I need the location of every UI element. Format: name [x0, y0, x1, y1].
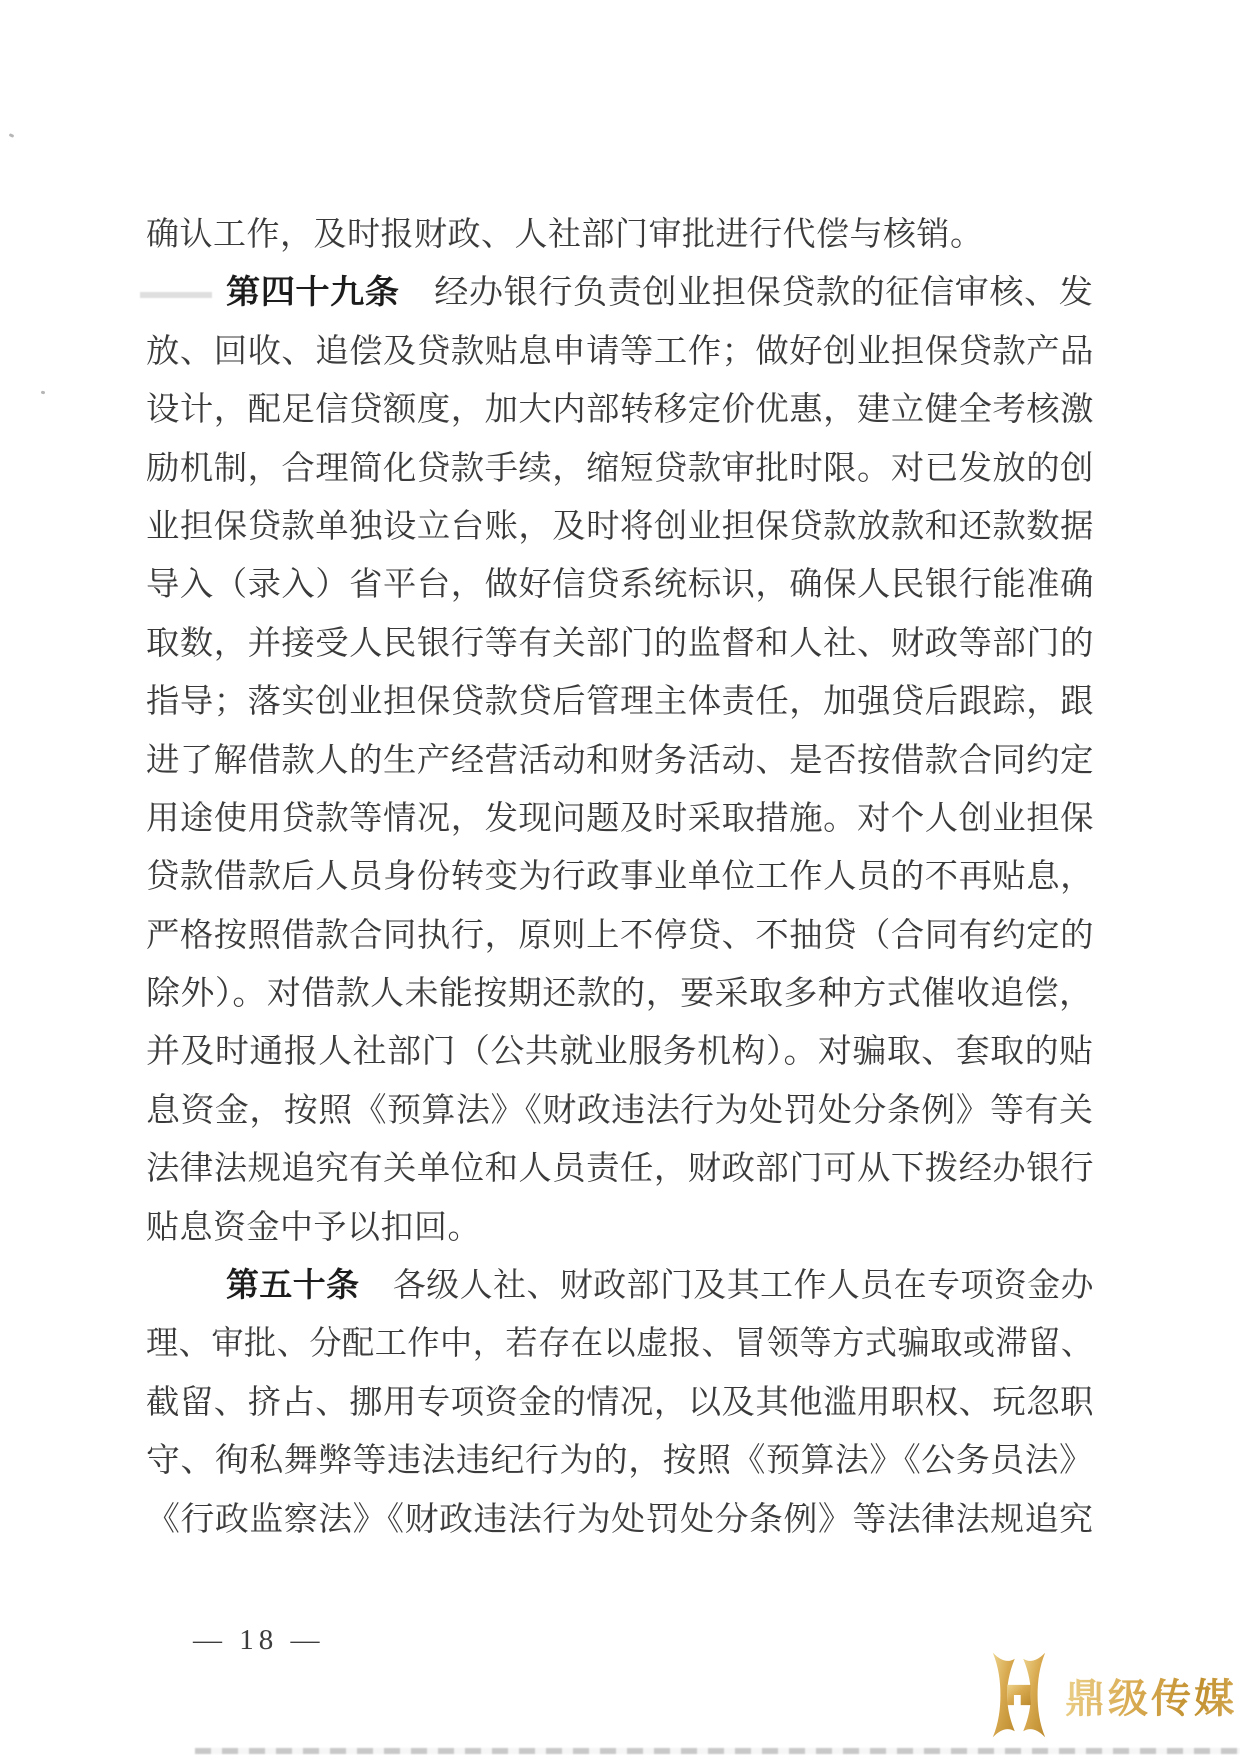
- scan-speck: [41, 391, 46, 395]
- text-line-content: 法律法规追究有关单位和人员责任，财政部门可从下拨经办银行: [146, 1140, 1094, 1198]
- text-line-content: 用途使用贷款等情况，发现问题及时采取措施。对个人创业担保: [146, 790, 1094, 848]
- text-line-content: 导入（录入）省平台，做好信贷系统标识，确保人民银行能准确: [146, 556, 1094, 614]
- text-line: 用途使用贷款等情况，发现问题及时采取措施。对个人创业担保: [146, 790, 1094, 848]
- text-line-content: 确认工作，及时报财政、人社部门审批进行代偿与核销。: [146, 206, 984, 264]
- article-text: 经办银行负责创业担保贷款的征信审核、发: [434, 275, 1093, 311]
- text-line: 进了解借款人的生产经营活动和财务活动、是否按借款合同约定: [146, 732, 1094, 790]
- text-line-content: 守、徇私舞弊等违法违纪行为的，按照《预算法》《公务员法》: [146, 1432, 1093, 1490]
- text-line: 息资金，按照《预算法》《财政违法行为处罚处分条例》等有关: [146, 1082, 1094, 1140]
- text-line: 除外）。对借款人未能按期还款的，要采取多种方式催收追偿，: [146, 965, 1094, 1023]
- text-line: 放、回收、追偿及贷款贴息申请等工作；做好创业担保贷款产品: [146, 323, 1094, 381]
- text-line-content: 息资金，按照《预算法》《财政违法行为处罚处分条例》等有关: [146, 1082, 1093, 1140]
- text-line: 导入（录入）省平台，做好信贷系统标识，确保人民银行能准确: [146, 556, 1094, 614]
- text-line-content: 进了解借款人的生产经营活动和财务活动、是否按借款合同约定: [146, 732, 1094, 790]
- article-number: 第五十条: [226, 1268, 360, 1304]
- text-line: 第五十条 各级人社、财政部门及其工作人员在专项资金办: [146, 1257, 1094, 1315]
- text-line-content: 业担保贷款单独设立台账，及时将创业担保贷款放款和还款数据: [146, 498, 1094, 556]
- text-line: 严格按照借款合同执行，原则上不停贷、不抽贷（合同有约定的: [146, 907, 1094, 965]
- text-line: 理、审批、分配工作中，若存在以虚报、冒领等方式骗取或滞留、: [146, 1315, 1094, 1373]
- text-line: 贴息资金中予以扣回。: [146, 1199, 1094, 1257]
- text-line: 励机制，合理简化贷款手续，缩短贷款审批时限。对已发放的创: [146, 440, 1094, 498]
- text-line: 指导；落实创业担保贷款贷后管理主体责任，加强贷后跟踪，跟: [146, 673, 1094, 731]
- text-line-content: 截留、挤占、挪用专项资金的情况，以及其他滥用职权、玩忽职: [146, 1374, 1094, 1432]
- text-line: 法律法规追究有关单位和人员责任，财政部门可从下拨经办银行: [146, 1140, 1094, 1198]
- text-line-content: 设计，配足信贷额度，加大内部转移定价优惠，建立健全考核激: [146, 381, 1094, 439]
- text-line: 守、徇私舞弊等违法违纪行为的，按照《预算法》《公务员法》: [146, 1432, 1094, 1490]
- next-page-text-edge: [195, 1748, 1240, 1754]
- text-line-content: 放、回收、追偿及贷款贴息申请等工作；做好创业担保贷款产品: [146, 323, 1094, 381]
- text-line-content: 并及时通报人社部门（公共就业服务机构）。对骗取、套取的贴: [146, 1023, 1093, 1081]
- page-number: — 18 —: [193, 1624, 325, 1657]
- text-line: 《行政监察法》《财政违法行为处罚处分条例》等法律法规追究: [146, 1491, 1094, 1549]
- document-body: 确认工作，及时报财政、人社部门审批进行代偿与核销。第四十九条 经办银行负责创业担…: [146, 206, 1094, 1549]
- dingji-monogram-icon: [981, 1652, 1057, 1738]
- document-page: 确认工作，及时报财政、人社部门审批进行代偿与核销。第四十九条 经办银行负责创业担…: [0, 0, 1240, 1755]
- text-line-content: 贷款借款后人员身份转变为行政事业单位工作人员的不再贴息，: [146, 848, 1094, 906]
- text-line: 贷款借款后人员身份转变为行政事业单位工作人员的不再贴息，: [146, 848, 1094, 906]
- article-number: 第四十九条: [226, 275, 399, 311]
- text-line-content: 第五十条 各级人社、财政部门及其工作人员在专项资金办: [226, 1257, 1094, 1315]
- text-line: 确认工作，及时报财政、人社部门审批进行代偿与核销。: [146, 206, 1094, 264]
- text-line-content: 除外）。对借款人未能按期还款的，要采取多种方式催收追偿，: [146, 965, 1093, 1023]
- text-line: 取数，并接受人民银行等有关部门的监督和人社、财政等部门的: [146, 615, 1094, 673]
- text-line-content: 严格按照借款合同执行，原则上不停贷、不抽贷（合同有约定的: [146, 907, 1094, 965]
- text-line: 设计，配足信贷额度，加大内部转移定价优惠，建立健全考核激: [146, 381, 1094, 439]
- text-line-content: 指导；落实创业担保贷款贷后管理主体责任，加强贷后跟踪，跟: [146, 673, 1094, 731]
- text-line: 截留、挤占、挪用专项资金的情况，以及其他滥用职权、玩忽职: [146, 1374, 1094, 1432]
- brand-watermark: 鼎级传媒: [981, 1652, 1237, 1738]
- text-line-content: 第四十九条 经办银行负责创业担保贷款的征信审核、发: [226, 264, 1093, 322]
- text-line-content: 取数，并接受人民银行等有关部门的监督和人社、财政等部门的: [146, 615, 1094, 673]
- text-line: 并及时通报人社部门（公共就业服务机构）。对骗取、套取的贴: [146, 1023, 1094, 1081]
- text-line-content: 《行政监察法》《财政违法行为处罚处分条例》等法律法规追究: [146, 1491, 1093, 1549]
- text-line: 业担保贷款单独设立台账，及时将创业担保贷款放款和还款数据: [146, 498, 1094, 556]
- article-text: 各级人社、财政部门及其工作人员在专项资金办: [393, 1268, 1094, 1304]
- text-line-content: 贴息资金中予以扣回。: [146, 1199, 481, 1257]
- brand-name: 鼎级传媒: [1065, 1667, 1237, 1724]
- scan-speck: [9, 133, 15, 138]
- text-line-content: 励机制，合理简化贷款手续，缩短贷款审批时限。对已发放的创: [146, 440, 1094, 498]
- text-line-content: 理、审批、分配工作中，若存在以虚报、冒领等方式骗取或滞留、: [146, 1315, 1094, 1373]
- text-line: 第四十九条 经办银行负责创业担保贷款的征信审核、发: [146, 264, 1094, 322]
